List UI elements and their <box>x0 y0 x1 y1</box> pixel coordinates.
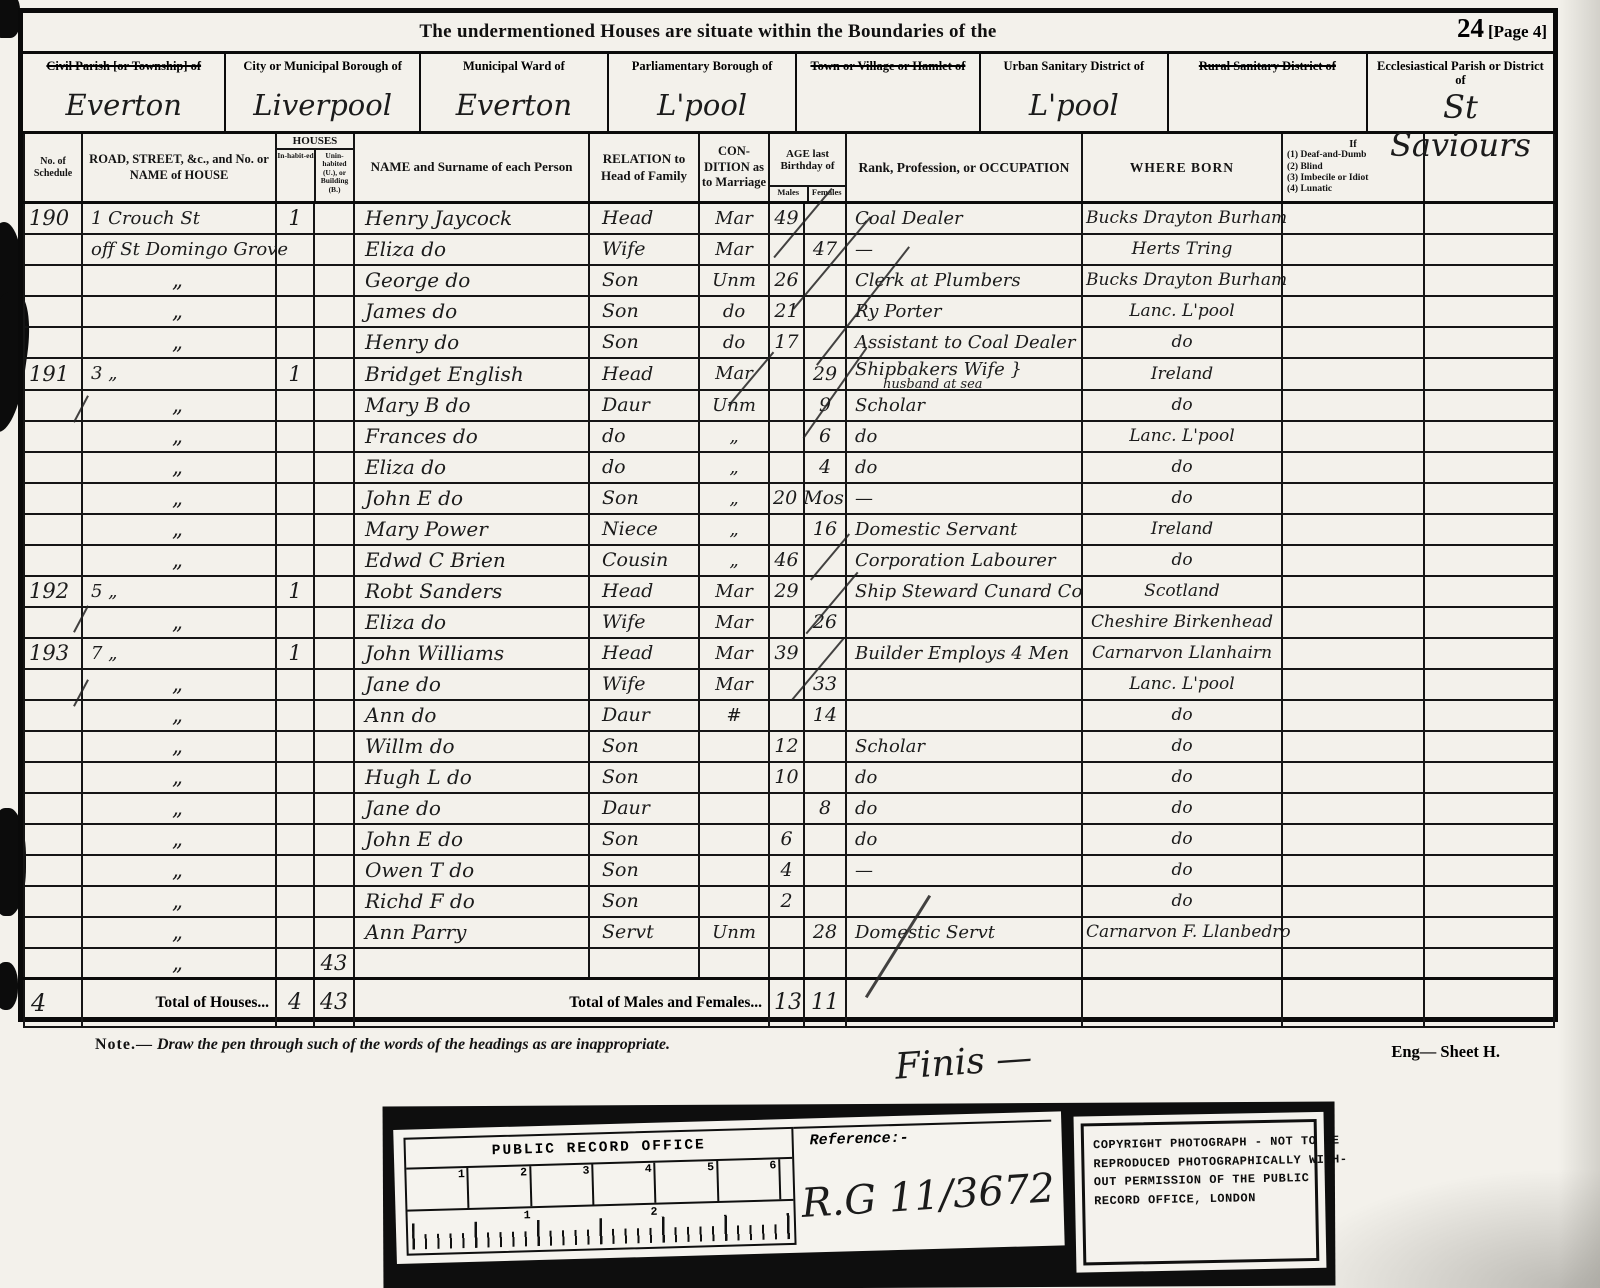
cell-age-male: 2 <box>769 886 804 917</box>
cell-street: 7 „ <box>82 638 276 669</box>
cell-schedule <box>24 607 82 638</box>
scan-noise <box>1558 0 1600 1288</box>
cell-age-female <box>804 855 846 886</box>
cell-relation: Son <box>589 296 699 327</box>
cell-schedule <box>24 265 82 296</box>
cell-age-female <box>804 731 846 762</box>
table-row: „Edwd C BrienCousin„46Corporation Labour… <box>24 545 1554 576</box>
cell-occupation: Scholar <box>846 390 1082 421</box>
cell-relation: Son <box>589 265 699 296</box>
cell-name: Bridget English <box>354 358 589 390</box>
cell-margin <box>1424 514 1554 545</box>
cell-born: Herts Tring <box>1082 234 1282 265</box>
cell-occupation: Coal Dealer <box>846 203 1082 234</box>
cell-schedule <box>24 762 82 793</box>
cell-age-female <box>804 886 846 917</box>
cell-born: do <box>1082 452 1282 483</box>
cell-relation: Head <box>589 203 699 234</box>
cell-condition: „ <box>699 452 769 483</box>
cell-age-male: 12 <box>769 731 804 762</box>
cell-born: Carnarvon Llanhairn <box>1082 638 1282 669</box>
page-marker: 24 [Page 4] <box>1457 13 1547 44</box>
cell-street: off St Domingo Grove <box>82 234 276 265</box>
total-houses-label: Total of Houses... <box>82 979 276 1027</box>
cell-name: Henry Jaycock <box>354 203 589 234</box>
cell-street: 5 „ <box>82 576 276 607</box>
cell-inhabited <box>276 483 314 514</box>
cell-schedule <box>24 545 82 576</box>
inch-number: 1 <box>523 1209 530 1222</box>
cell-condition: Mar <box>699 638 769 669</box>
cell-age-female: 47 <box>804 234 846 265</box>
district-value: L'pool <box>657 88 747 122</box>
cm-cell: 1 <box>406 1168 469 1210</box>
infirmity-item: (4) Lunatic <box>1284 184 1422 195</box>
cell-uninhabited <box>314 545 354 576</box>
cell-age-male <box>769 607 804 638</box>
cell-name: Frances do <box>354 421 589 452</box>
cell-street: 3 „ <box>82 358 276 390</box>
cell-age-male: 10 <box>769 762 804 793</box>
cell-infirmity <box>1282 296 1424 327</box>
sheet-label: Eng— Sheet H. <box>1391 1042 1500 1062</box>
district-value: Liverpool <box>253 88 392 122</box>
cell-margin <box>1424 452 1554 483</box>
cm-cell: 2 <box>469 1166 532 1208</box>
district-label: Rural Sanitary District of <box>1169 58 1366 74</box>
total-males-females-label: Total of Males and Females... <box>354 979 769 1027</box>
cell-street: „ <box>82 793 276 824</box>
cell-infirmity <box>1282 421 1424 452</box>
district-rural-sanitary: Rural Sanitary District of <box>1169 54 1368 131</box>
cell-age-male <box>769 390 804 421</box>
cell-age-female: 33 <box>804 669 846 700</box>
cell-relation: Wife <box>589 669 699 700</box>
reference-value: R.G 11/3672 <box>800 1165 1056 1227</box>
header-houses: HOUSES <box>277 135 353 150</box>
cell-street: 1 Crouch St <box>82 203 276 234</box>
district-value: Everton <box>66 88 182 122</box>
cell-condition <box>699 855 769 886</box>
cell-age-female <box>804 948 846 979</box>
cell-name: Jane do <box>354 793 589 824</box>
cell-infirmity <box>1282 607 1424 638</box>
cell-uninhabited <box>314 390 354 421</box>
cell-age-male <box>769 514 804 545</box>
cell-occupation: do <box>846 452 1082 483</box>
cell-schedule <box>24 948 82 979</box>
cell-relation: Daur <box>589 793 699 824</box>
cell-occupation: do <box>846 421 1082 452</box>
cell-uninhabited <box>314 855 354 886</box>
cell-inhabited <box>276 762 314 793</box>
cell-name <box>354 948 589 979</box>
census-table: No. of Schedule ROAD, STREET, &c., and N… <box>23 131 1555 1028</box>
cell-relation: Head <box>589 638 699 669</box>
cell-condition <box>699 948 769 979</box>
cell-infirmity <box>1282 483 1424 514</box>
cell-born: Bucks Drayton Burham <box>1082 203 1282 234</box>
cell-street: „ <box>82 265 276 296</box>
cell-condition: Mar <box>699 669 769 700</box>
cell-inhabited <box>276 824 314 855</box>
cell-age-male <box>769 358 804 390</box>
cell-schedule <box>24 483 82 514</box>
table-row: „Mary PowerNiece„16Domestic ServantIrela… <box>24 514 1554 545</box>
cell-born: Lanc. L'pool <box>1082 669 1282 700</box>
table-row: „Owen T doSon4—do <box>24 855 1554 886</box>
cell-street: „ <box>82 948 276 979</box>
cell-inhabited <box>276 296 314 327</box>
cell-relation: Cousin <box>589 545 699 576</box>
infirmity-item: (3) Imbecile or Idiot <box>1284 173 1422 184</box>
table-row: „Willm doSon12Scholardo <box>24 731 1554 762</box>
district-value: Everton <box>456 88 572 122</box>
finis-inscription: Finis — <box>894 1037 1034 1087</box>
cell-schedule-total: 4 <box>24 979 82 1027</box>
cell-relation: Daur <box>589 700 699 731</box>
header-males: Males <box>770 187 807 201</box>
table-row: „George doSonUnm26Clerk at PlumbersBucks… <box>24 265 1554 296</box>
cell-uninhabited <box>314 234 354 265</box>
cell-age-male: 20 Mos <box>769 483 804 514</box>
cell-relation: Head <box>589 358 699 390</box>
cell-margin <box>1424 390 1554 421</box>
cell-infirmity <box>1282 731 1424 762</box>
cell-inhabited <box>276 917 314 948</box>
cell-condition: Mar <box>699 576 769 607</box>
cell-uninhabited <box>314 358 354 390</box>
cell-uninhabited <box>314 700 354 731</box>
cm-cell: 6 <box>718 1159 781 1201</box>
form-title-bar: The undermentioned Houses are situate wi… <box>23 13 1553 51</box>
cm-cell <box>780 1159 793 1199</box>
cell-occupation: — <box>846 234 1082 265</box>
cm-cell: 4 <box>593 1163 656 1205</box>
cell-occupation-note: husband at sea <box>855 380 1078 389</box>
cell-condition: Mar <box>699 607 769 638</box>
form-title: The undermentioned Houses are situate wi… <box>23 21 1393 43</box>
cell-infirmity <box>1282 545 1424 576</box>
table-row: „Richd F doSon2do <box>24 886 1554 917</box>
cell-infirmity <box>1282 452 1424 483</box>
cell-age-female <box>804 762 846 793</box>
cell-condition: # <box>699 700 769 731</box>
cell-age-male: 26 <box>769 265 804 296</box>
cell-occupation: Assistant to Coal Dealer <box>846 327 1082 358</box>
page-bracket: [Page 4] <box>1488 22 1547 41</box>
cell-born: Lanc. L'pool <box>1082 421 1282 452</box>
cell-relation: Son <box>589 824 699 855</box>
cell-total-blank <box>846 979 1082 1027</box>
cell-name: Jane do <box>354 669 589 700</box>
cell-relation: do <box>589 452 699 483</box>
cell-occupation <box>846 700 1082 731</box>
cell-age-female: 14 <box>804 700 846 731</box>
cell-name: John E do <box>354 483 589 514</box>
cell-age-male <box>769 452 804 483</box>
district-value: L'pool <box>1029 88 1119 122</box>
cell-street: „ <box>82 700 276 731</box>
cell-name: Henry do <box>354 327 589 358</box>
table-row: „Jane doWifeMar33Lanc. L'pool <box>24 669 1554 700</box>
cell-occupation: Domestic Servt <box>846 917 1082 948</box>
cell-inhabited <box>276 793 314 824</box>
cell-uninhabited <box>314 638 354 669</box>
cell-houses-inhabited-total: 4 <box>276 979 314 1027</box>
cell-age-male: 39 <box>769 638 804 669</box>
cell-inhabited <box>276 700 314 731</box>
cell-age-female <box>804 824 846 855</box>
cell-uninhabited <box>314 327 354 358</box>
cell-uninhabited <box>314 731 354 762</box>
cell-street: „ <box>82 452 276 483</box>
cell-age-male <box>769 948 804 979</box>
cell-born: do <box>1082 390 1282 421</box>
header-road: ROAD, STREET, &c., and No. or NAME of HO… <box>82 133 276 203</box>
cell-age-female <box>804 203 846 234</box>
cell-occupation: Domestic Servant <box>846 514 1082 545</box>
cell-schedule <box>24 234 82 265</box>
cell-relation: Head <box>589 576 699 607</box>
cell-condition: Mar <box>699 234 769 265</box>
header-condition: CON-DITION as to Marriage <box>699 133 769 203</box>
header-relation: RELATION to Head of Family <box>589 133 699 203</box>
cell-infirmity <box>1282 948 1424 979</box>
header-houses-group: HOUSES In-habit-ed Unin-habited (U.), or… <box>276 133 354 203</box>
cell-condition <box>699 824 769 855</box>
cell-occupation: Corporation Labourer <box>846 545 1082 576</box>
cell-condition: „ <box>699 421 769 452</box>
cell-margin <box>1424 576 1554 607</box>
cell-born: do <box>1082 824 1282 855</box>
cell-infirmity <box>1282 234 1424 265</box>
cell-uninhabited <box>314 296 354 327</box>
cell-inhabited <box>276 545 314 576</box>
cell-street: „ <box>82 421 276 452</box>
cell-occupation <box>846 607 1082 638</box>
cell-occupation: do <box>846 793 1082 824</box>
header-born: WHERE BORN <box>1082 133 1282 203</box>
cell-name: Mary Power <box>354 514 589 545</box>
cell-schedule <box>24 669 82 700</box>
cell-inhabited: 1 <box>276 358 314 390</box>
cell-age-male <box>769 421 804 452</box>
cell-age-female: 8 <box>804 793 846 824</box>
cell-inhabited <box>276 452 314 483</box>
cell-condition <box>699 793 769 824</box>
cell-age-male <box>769 793 804 824</box>
cell-inhabited <box>276 855 314 886</box>
cell-name: John E do <box>354 824 589 855</box>
cell-uninhabited <box>314 265 354 296</box>
census-form: The undermentioned Houses are situate wi… <box>18 8 1558 1022</box>
cell-relation: Son <box>589 855 699 886</box>
cell-schedule <box>24 421 82 452</box>
cell-uninhabited <box>314 421 354 452</box>
cell-inhabited: 1 <box>276 638 314 669</box>
cell-infirmity <box>1282 886 1424 917</box>
copyright-inner-box: COPYRIGHT PHOTOGRAPH - NOT TO BE REPRODU… <box>1081 1119 1320 1266</box>
pro-scale-box: PUBLIC RECORD OFFICE 1 2 3 4 5 6 1 2 <box>403 1127 796 1256</box>
district-civil-parish: Civil Parish [or Township] of Everton <box>23 54 226 131</box>
cell-schedule <box>24 855 82 886</box>
cell-born: Lanc. L'pool <box>1082 296 1282 327</box>
cell-uninhabited <box>314 793 354 824</box>
cell-males-total: 13 <box>769 979 804 1027</box>
header-uninhabited: Unin-habited (U.), or Building (B.) <box>314 150 353 201</box>
cell-margin <box>1424 234 1554 265</box>
cell-uninhabited <box>314 483 354 514</box>
cell-inhabited <box>276 731 314 762</box>
footer-note: Note.— Draw the pen through such of the … <box>95 1036 670 1054</box>
cell-condition <box>699 762 769 793</box>
cell-margin <box>1424 669 1554 700</box>
cell-margin <box>1424 855 1554 886</box>
cell-street: „ <box>82 855 276 886</box>
cell-inhabited: 1 <box>276 203 314 234</box>
header-schedule: No. of Schedule <box>24 133 82 203</box>
cell-age-female: 28 <box>804 917 846 948</box>
cell-name: Hugh L do <box>354 762 589 793</box>
cell-total-blank <box>1082 979 1282 1027</box>
cell-street: „ <box>82 607 276 638</box>
cm-cell: 5 <box>656 1161 719 1203</box>
district-parliamentary-borough: Parliamentary Borough of L'pool <box>609 54 797 131</box>
district-label: Urban Sanitary District of <box>981 58 1167 74</box>
cell-relation: Niece <box>589 514 699 545</box>
cell-uninhabited <box>314 762 354 793</box>
header-age-group: AGE last Birthday of Males Females <box>769 133 846 203</box>
cell-uninhabited <box>314 886 354 917</box>
cell-condition: do <box>699 327 769 358</box>
header-age: AGE last Birthday of <box>770 135 845 185</box>
cell-inhabited <box>276 948 314 979</box>
cell-occupation <box>846 669 1082 700</box>
cell-age-male <box>769 234 804 265</box>
cell-margin <box>1424 917 1554 948</box>
cell-margin <box>1424 327 1554 358</box>
district-ecclesiastical: Ecclesiastical Parish or District of St … <box>1368 54 1553 131</box>
cell-schedule <box>24 327 82 358</box>
cell-condition: do <box>699 296 769 327</box>
cell-inhabited <box>276 327 314 358</box>
cell-born: Ireland <box>1082 358 1282 390</box>
table-row: „Jane doDaur8dodo <box>24 793 1554 824</box>
reference-section: Reference:- R.G 11/3672 <box>793 1120 1054 1245</box>
cell-schedule <box>24 917 82 948</box>
cell-schedule: 191 <box>24 358 82 390</box>
district-town-village: Town or Village or Hamlet of <box>797 54 981 131</box>
cell-occupation: — <box>846 855 1082 886</box>
cell-street: „ <box>82 731 276 762</box>
cell-born: Bucks Drayton Burham <box>1082 265 1282 296</box>
cell-occupation: do <box>846 762 1082 793</box>
cell-relation: Son <box>589 483 699 514</box>
stamp-band: PUBLIC RECORD OFFICE 1 2 3 4 5 6 1 2 <box>383 1102 1336 1288</box>
cell-name: Edwd C Brien <box>354 545 589 576</box>
table-row: 1901 Crouch St1Henry JaycockHeadMar49Coa… <box>24 203 1554 234</box>
cell-uninhabited <box>314 669 354 700</box>
cell-relation: Daur <box>589 390 699 421</box>
cell-name: James do <box>354 296 589 327</box>
totals-row: 4 Total of Houses... 4 43 Total of Males… <box>24 979 1554 1027</box>
cell-condition: „ <box>699 514 769 545</box>
cell-occupation: Scholar <box>846 731 1082 762</box>
cell-infirmity <box>1282 327 1424 358</box>
district-label: Parliamentary Borough of <box>609 58 795 74</box>
cell-born <box>1082 948 1282 979</box>
cell-margin <box>1424 731 1554 762</box>
cell-margin <box>1424 265 1554 296</box>
header-name: NAME and Surname of each Person <box>354 133 589 203</box>
cell-relation: Son <box>589 886 699 917</box>
cell-occupation: Builder Employs 4 Men <box>846 638 1082 669</box>
cell-inhabited <box>276 886 314 917</box>
table-row: 1937 „1John WilliamsHeadMar39Builder Emp… <box>24 638 1554 669</box>
cell-born: Ireland <box>1082 514 1282 545</box>
cell-condition: Unm <box>699 390 769 421</box>
note-body: Draw the pen through such of the words o… <box>157 1036 670 1053</box>
cell-age-male <box>769 700 804 731</box>
district-municipal-borough: City or Municipal Borough of Liverpool <box>226 54 420 131</box>
table-row: „James doSondo21Ry PorterLanc. L'pool <box>24 296 1554 327</box>
cell-total-blank <box>1282 979 1424 1027</box>
cell-street: „ <box>82 917 276 948</box>
cell-occupation: Ship Steward Cunard Co <box>846 576 1082 607</box>
cell-margin <box>1424 483 1554 514</box>
table-row: „Ann doDaur#14do <box>24 700 1554 731</box>
cell-infirmity <box>1282 514 1424 545</box>
cell-name: Robt Sanders <box>354 576 589 607</box>
district-label: Town or Village or Hamlet of <box>797 58 979 74</box>
cell-inhabited <box>276 390 314 421</box>
table-row: „Mary B doDaurUnm9Scholardo <box>24 390 1554 421</box>
table-row: „43 <box>24 948 1554 979</box>
inch-number: 2 <box>650 1206 657 1219</box>
cell-uninhabited <box>314 452 354 483</box>
cell-age-male: 46 <box>769 545 804 576</box>
cell-uninhabited <box>314 203 354 234</box>
cell-houses-uninhabited-total: 43 <box>314 979 354 1027</box>
cell-born: do <box>1082 731 1282 762</box>
district-header-row: Civil Parish [or Township] of Everton Ci… <box>23 51 1553 131</box>
cell-schedule <box>24 886 82 917</box>
scan-blob <box>0 0 20 38</box>
cell-infirmity <box>1282 855 1424 886</box>
cell-occupation: Shipbakers Wife }husband at sea <box>846 358 1082 390</box>
cell-infirmity <box>1282 358 1424 390</box>
cell-name: Eliza do <box>354 234 589 265</box>
note-prefix: Note.— <box>95 1036 153 1053</box>
table-row: „John E doSon6dodo <box>24 824 1554 855</box>
cell-condition <box>699 731 769 762</box>
cell-females-total: 11 <box>804 979 846 1027</box>
cell-street: „ <box>82 824 276 855</box>
table-row: 1913 „1Bridget EnglishHeadMar29Shipbaker… <box>24 358 1554 390</box>
cell-occupation: Ry Porter <box>846 296 1082 327</box>
cell-condition: Mar <box>699 203 769 234</box>
district-municipal-ward: Municipal Ward of Everton <box>421 54 609 131</box>
district-label: Municipal Ward of <box>421 58 607 74</box>
cell-uninhabited <box>314 824 354 855</box>
cell-born: Scotland <box>1082 576 1282 607</box>
cell-infirmity <box>1282 700 1424 731</box>
cell-age-male: 4 <box>769 855 804 886</box>
cell-infirmity <box>1282 824 1424 855</box>
cell-condition: Mar <box>699 358 769 390</box>
cell-relation <box>589 948 699 979</box>
